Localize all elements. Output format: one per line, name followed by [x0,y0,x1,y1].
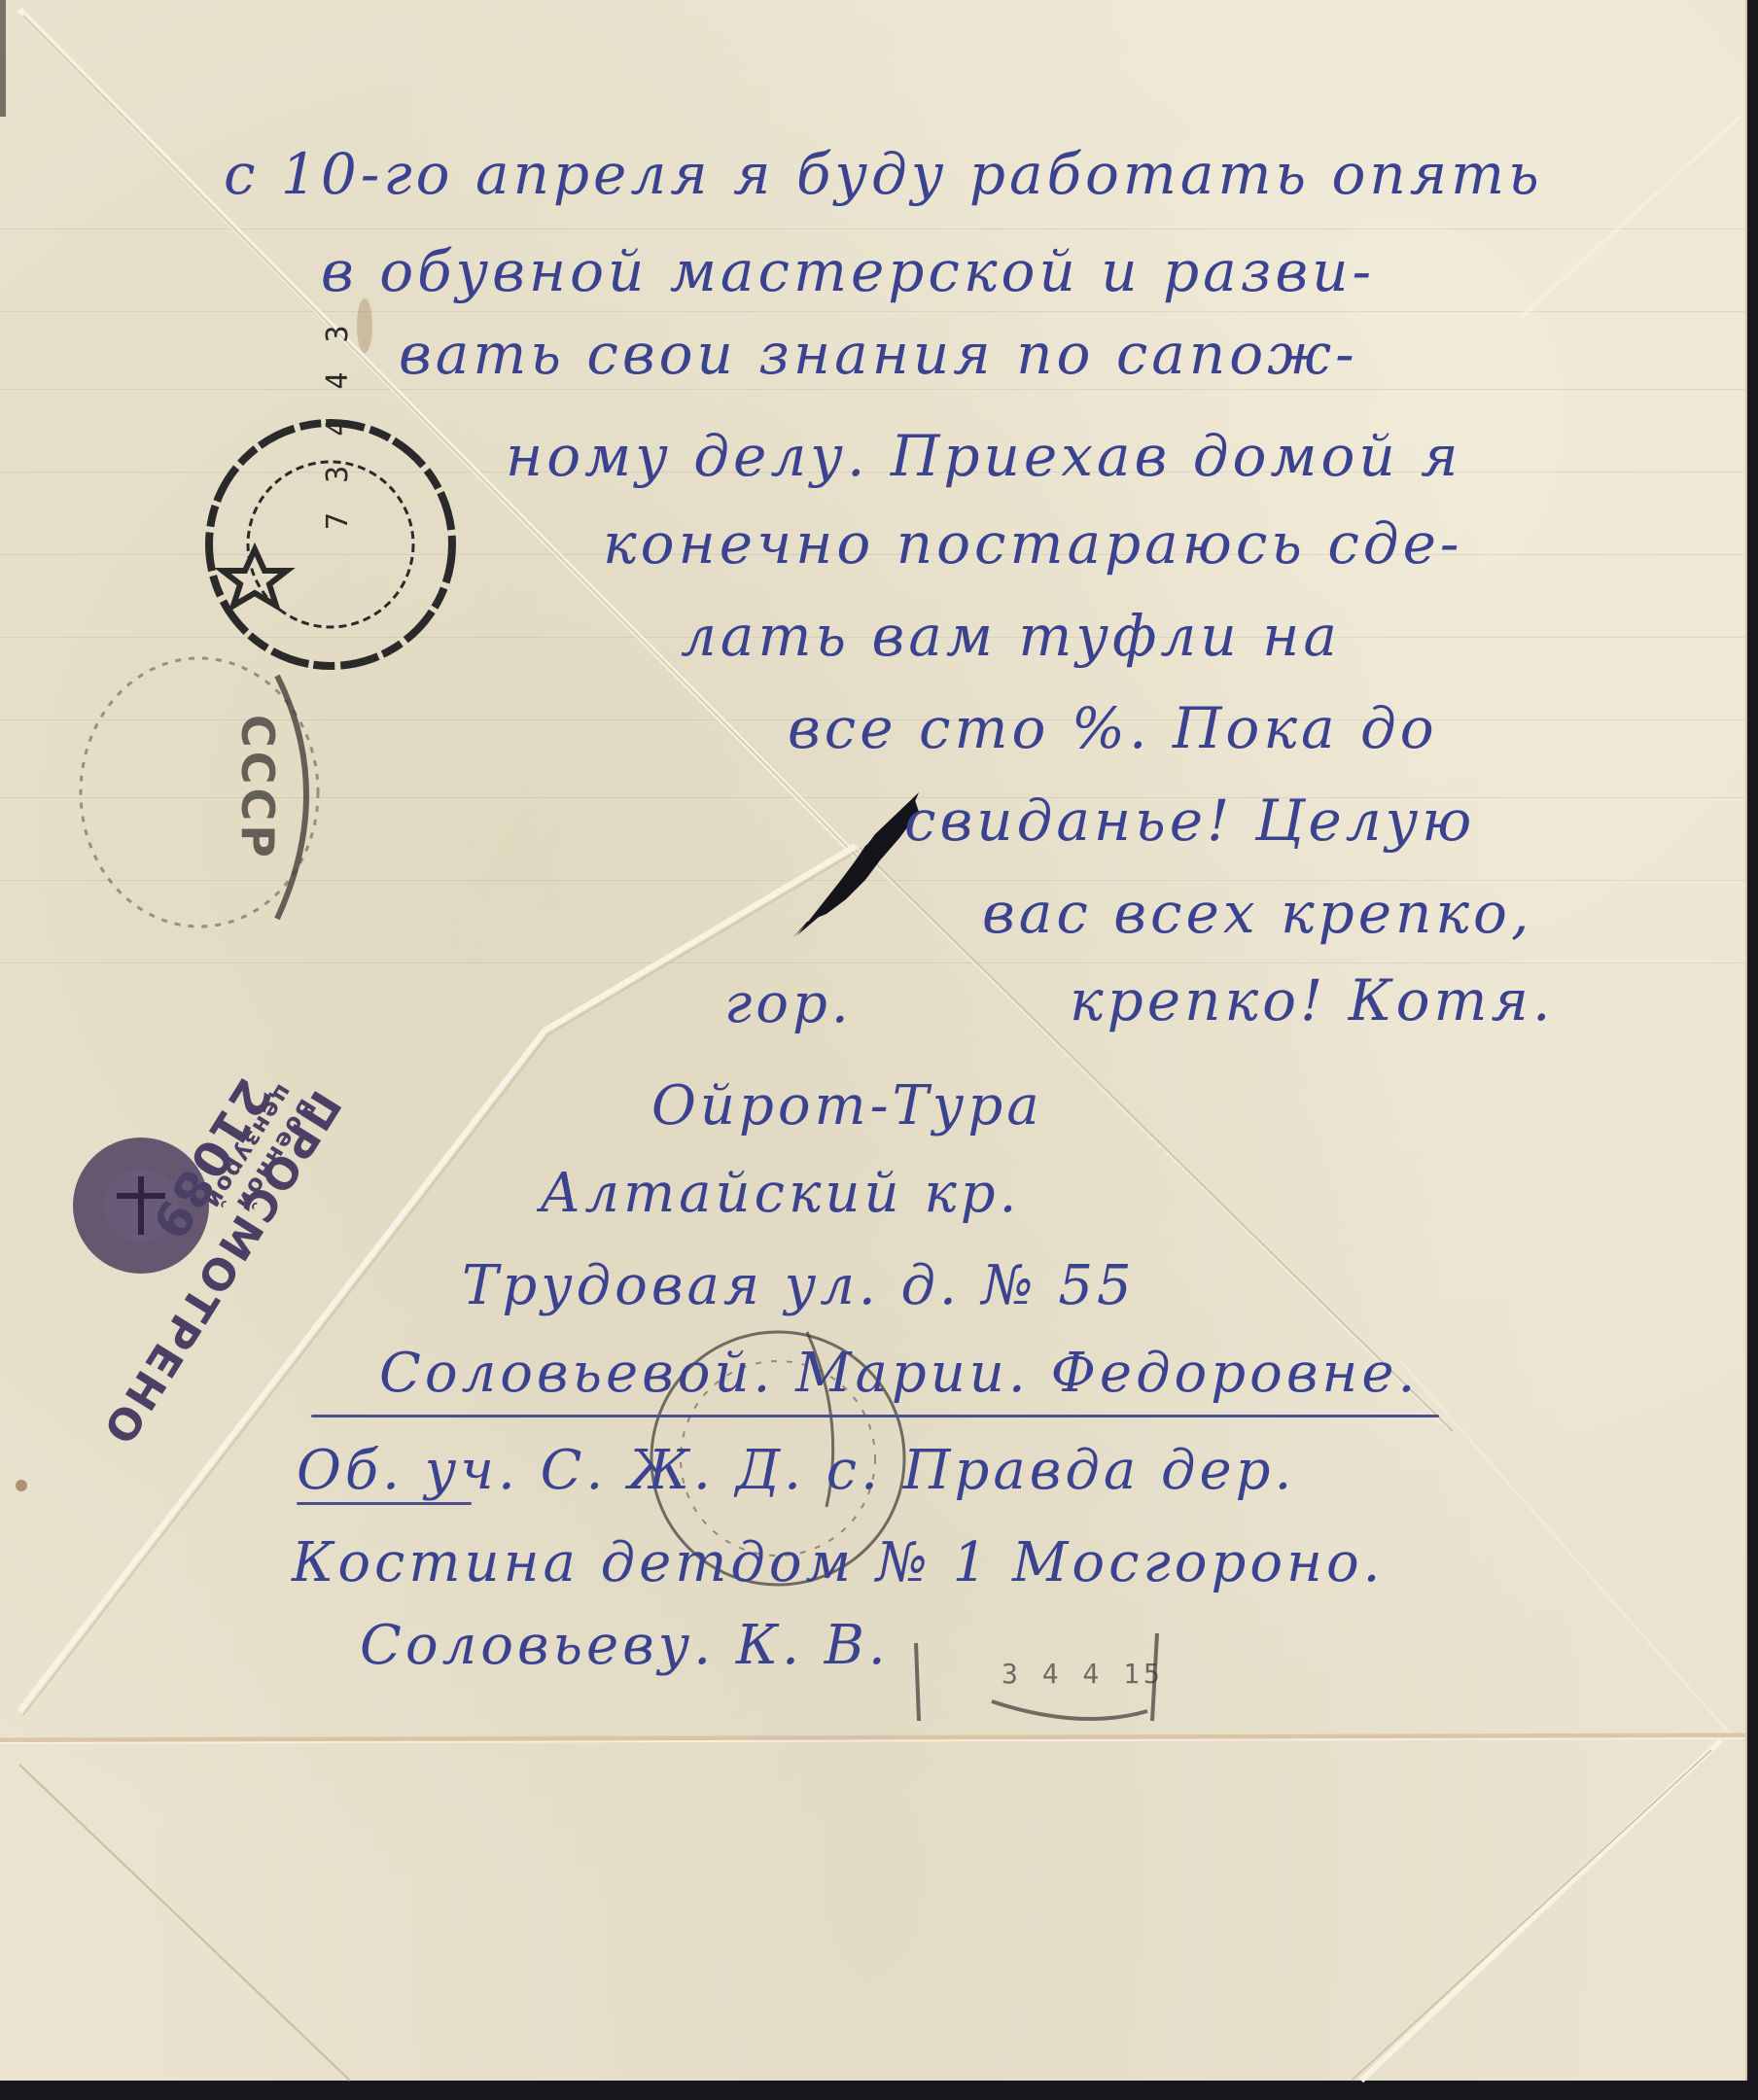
letter-line: с 10-го апреля я буду работать опять [224,141,1543,207]
postmark-date-text: 7 3 4 4 3 [321,319,355,530]
address-line: Ойрот-Тура [651,1074,1043,1137]
letter-line: вас всех крепко, [982,880,1532,946]
letter-line: свиданье! Целую [904,787,1475,854]
address-line: Костина детдом № 1 Мосгороно. [292,1531,1384,1594]
letter-line: лать вам туфли на [681,603,1341,669]
postmark-oval [53,647,335,938]
ruled-line [0,228,1745,229]
letter-line: в обувной мастерской и разви- [321,238,1375,304]
ruled-line [0,389,1745,390]
address-line: Алтайский кр. [540,1162,1020,1225]
letter-line: крепко! Котя. [1070,967,1554,1033]
postmark-oval-text: СССР [231,715,284,861]
address-sender: Соловьеву. К. В. [360,1614,890,1677]
letter-line: ному делу. Приехав домой я [506,423,1462,489]
address-line: гор. [724,972,853,1035]
censor-stamp: ПРОСМОТРЕНО Военной цензурой 21089 [78,953,389,1244]
address-underline [311,1415,1439,1417]
address-line: Об. уч. С. Ж. Д. с. Правда дер. [297,1439,1295,1502]
address-line: Трудовая ул. д. № 55 [462,1254,1136,1317]
letter-line: конечно постараюсь сде- [603,510,1463,577]
ruled-line [0,311,1745,312]
address-recipient: Соловьевой. Марии. Федоровне. [379,1342,1419,1405]
letter-line: все сто %. Пока до [788,695,1438,761]
letter-line: вать свои знания по сапож- [399,321,1358,387]
postmark-bottom-date: 3 4 4 15 [1002,1658,1164,1690]
address-underline-short [297,1502,472,1505]
